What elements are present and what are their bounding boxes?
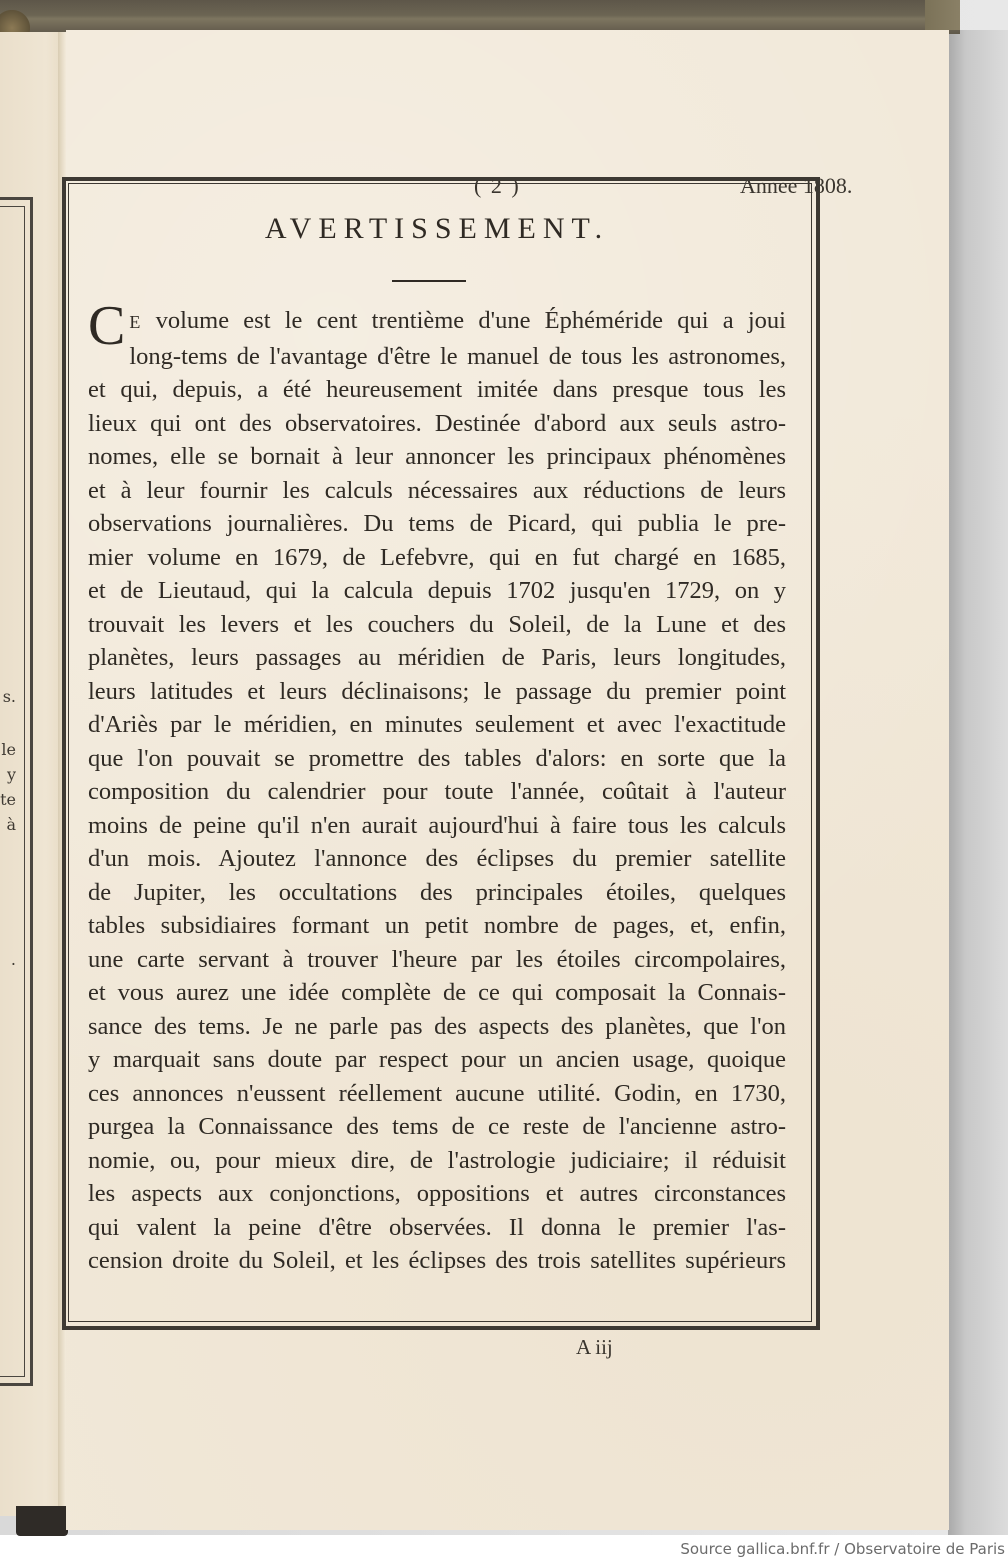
previous-page-fragment: à	[0, 815, 16, 834]
text-line: trouvait les levers et les couchers du S…	[88, 608, 786, 642]
previous-page-strip: s. le y te à .	[0, 32, 66, 1516]
book-spine-bottom	[16, 1506, 68, 1536]
body-text: CE volume est le cent trentième d'une Ép…	[88, 304, 786, 1278]
text-line: d'un mois. Ajoutez l'annonce des éclipse…	[88, 842, 786, 876]
text-line: qui valent la peine d'être observées. Il…	[88, 1211, 786, 1245]
text-line: nomie, ou, pour mieux dire, de l'astrolo…	[88, 1144, 786, 1178]
previous-page-fragment: te	[0, 790, 16, 809]
text-line: mier volume en 1679, de Lefebvre, qui en…	[88, 541, 786, 575]
text-line: ces annonces n'eussent réellement aucune…	[88, 1077, 786, 1111]
text-line: et vous aurez une idée complète de ce qu…	[88, 976, 786, 1010]
text-line: CE volume est le cent trentième d'une Ép…	[88, 304, 786, 340]
text-line: de Jupiter, les occultations des princip…	[88, 876, 786, 910]
previous-page-fragment: s.	[0, 687, 16, 706]
text-line: que l'on pouvait se promettre des tables…	[88, 742, 786, 776]
text-line: et de Lieutaud, qui la calcula depuis 17…	[88, 574, 786, 608]
source-credit: Source gallica.bnf.fr / Observatoire de …	[660, 1540, 1005, 1558]
text-line: y marquait sans doute par respect pour u…	[88, 1043, 786, 1077]
text-line: nomes, elle se bornait à leur annoncer l…	[88, 440, 786, 474]
text-line: d'Ariès par le méridien, en minutes seul…	[88, 708, 786, 742]
page-content: AVERTISSEMENT. CE volume est le cent tre…	[88, 212, 786, 1278]
text-line: purgea la Connaissance des tems de ce re…	[88, 1110, 786, 1144]
text-line: sance des tems. Je ne parle pas des aspe…	[88, 1010, 786, 1044]
signature-mark: A iij	[576, 1335, 613, 1360]
text-line: tables subsidiaires formant un petit nom…	[88, 909, 786, 943]
text-line: moins de peine qu'il n'en aurait aujourd…	[88, 809, 786, 843]
drop-cap: C	[88, 306, 125, 354]
previous-page-fragment: .	[0, 950, 16, 969]
text-line: les aspects aux conjonctions, opposition…	[88, 1177, 786, 1211]
section-title: AVERTISSEMENT.	[88, 212, 786, 256]
small-caps: E	[129, 312, 141, 332]
text-line: lieux qui ont des observatoires. Destiné…	[88, 407, 786, 441]
previous-page-fragment: le	[0, 740, 16, 759]
book-top-corner	[925, 0, 960, 30]
title-rule	[392, 280, 466, 282]
text-line: une carte servant à trouver l'heure par …	[88, 943, 786, 977]
text-line: et à leur fournir les calculs nécessaire…	[88, 474, 786, 508]
text-line: et qui, depuis, a été heureusement imité…	[88, 373, 786, 407]
text-line: cension droite du Soleil, et les éclipse…	[88, 1244, 786, 1278]
book-top-edge	[0, 0, 960, 34]
text-line: leurs latitudes et leurs déclinaisons; l…	[88, 675, 786, 709]
text-line: observations journalières. Du tems de Pi…	[88, 507, 786, 541]
text-line: planètes, leurs passages au méridien de …	[88, 641, 786, 675]
page-edge-shadow	[948, 30, 1008, 1535]
text-line-content: volume est le cent trentième d'une Éphém…	[141, 307, 786, 334]
previous-page-fragment: y	[0, 765, 16, 784]
text-line: long-tems de l'avantage d'être le manuel…	[88, 340, 786, 374]
text-line: composition du calendrier pour toute l'a…	[88, 775, 786, 809]
